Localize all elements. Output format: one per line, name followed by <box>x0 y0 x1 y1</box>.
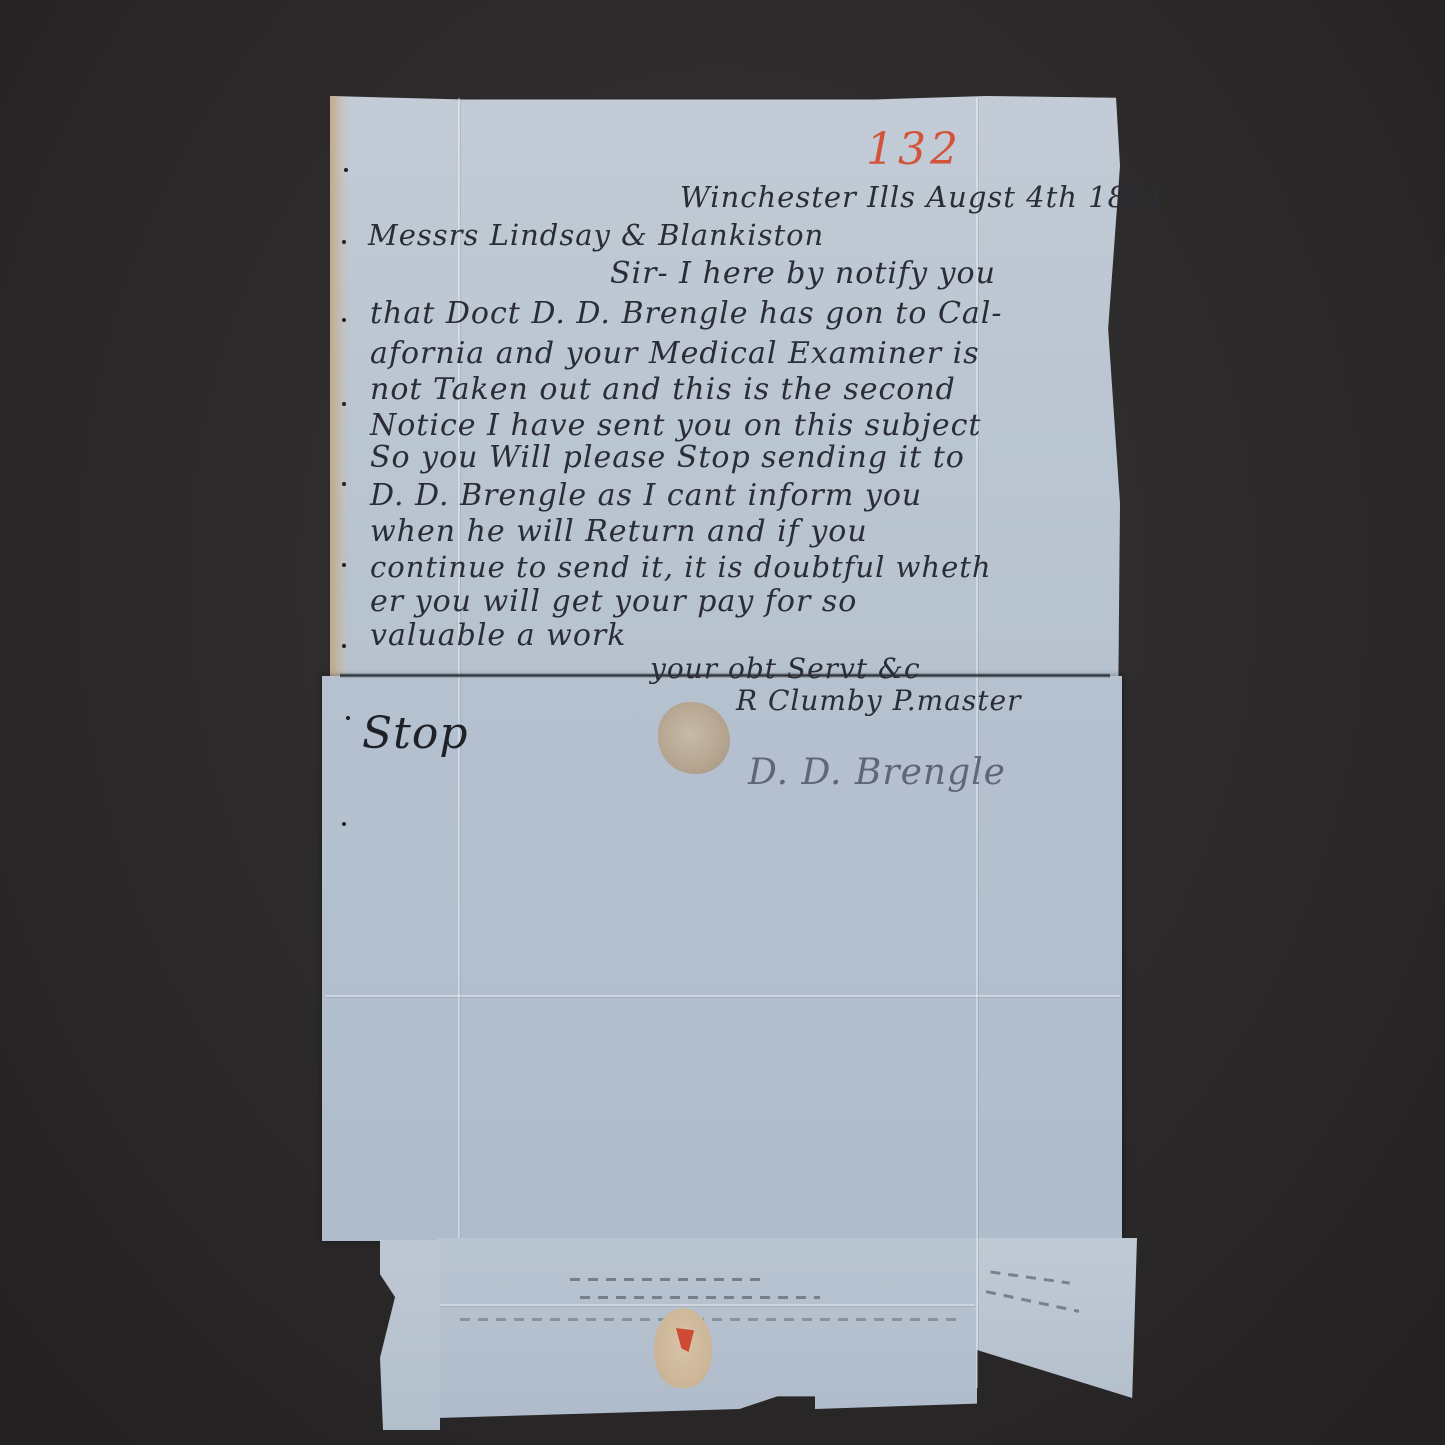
binding-hole <box>342 318 346 322</box>
body-line: not Taken out and this is the second <box>370 372 956 407</box>
paper-stain <box>658 702 730 774</box>
show-through-text <box>460 1318 960 1321</box>
body-line: that Doct D. D. Brengle has gon to Cal- <box>370 296 1003 331</box>
stop-annotation: Stop <box>362 708 468 759</box>
fold-line <box>458 98 460 1238</box>
body-line: afornia and your Medical Examiner is <box>370 336 980 371</box>
body-line: So you Will please Stop sending it to <box>370 440 965 475</box>
signature: R Clumby P.master <box>736 684 1021 717</box>
binding-hole <box>342 482 346 486</box>
pencil-name-annotation: D. D. Brengle <box>748 752 1006 793</box>
body-line: Sir- I here by notify you <box>610 256 996 291</box>
addressee-line: Messrs Lindsay & Blankiston <box>368 218 824 252</box>
binding-hole <box>342 563 346 567</box>
body-line: Notice I have sent you on this subject <box>370 408 981 443</box>
letter-photo: 132 Winchester Ills Augst 4th 1851 Messr… <box>0 0 1445 1445</box>
body-line: valuable a work <box>370 618 626 653</box>
body-line: er you will get your pay for so <box>370 584 857 619</box>
fold-line <box>325 995 1120 997</box>
binding-hole <box>346 716 350 720</box>
closing-line: your obt Servt &c <box>650 652 921 685</box>
binding-hole <box>342 240 346 244</box>
fold-line <box>976 98 978 1388</box>
body-line: when he will Return and if you <box>370 514 868 549</box>
letter-right-flap <box>977 1238 1137 1398</box>
show-through-text <box>570 1278 760 1281</box>
docket-number: 132 <box>866 124 962 175</box>
show-through-text <box>580 1296 820 1299</box>
letter-torn-flap <box>380 1240 440 1430</box>
binding-hole <box>342 644 346 648</box>
binding-hole <box>342 402 346 406</box>
binding-hole <box>344 168 348 172</box>
place-date-line: Winchester Ills Augst 4th 1851 <box>680 180 1166 214</box>
body-line: D. D. Brengle as I cant inform you <box>370 478 922 513</box>
body-line: continue to send it, it is doubtful whet… <box>370 550 992 584</box>
binding-hole <box>342 822 346 826</box>
fold-line <box>440 1304 975 1306</box>
